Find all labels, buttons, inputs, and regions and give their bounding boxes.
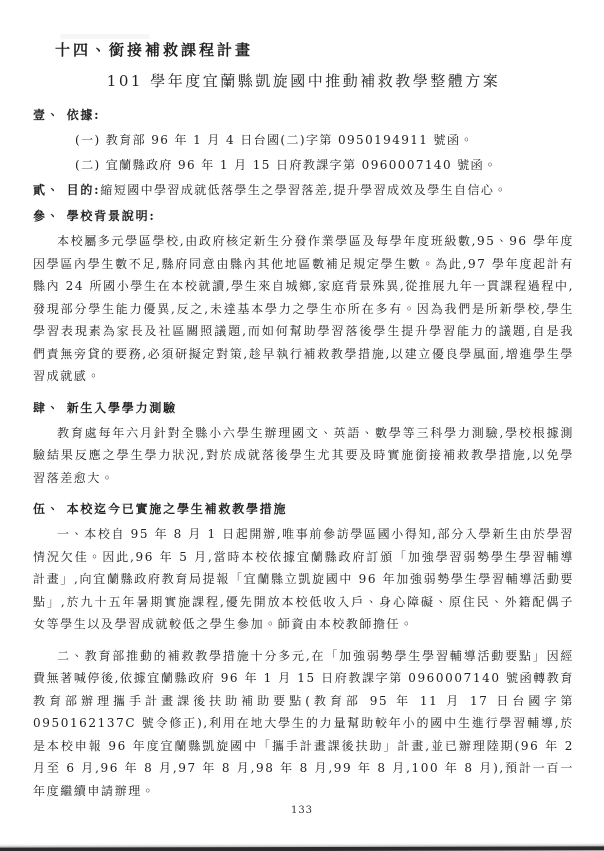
page-title: 101 學年度宜蘭縣凱旋國中推動補救教學整體方案 — [33, 70, 574, 92]
section-heading-purpose: 貳、 目的: — [33, 183, 100, 197]
page-content: 十四、銜接補救課程計畫 101 學年度宜蘭縣凱旋國中推動補救教學整體方案 壹、 … — [33, 40, 574, 811]
section-heading-entrance-test: 肆、 新生入學學力測驗 — [33, 397, 574, 419]
section-purpose: 貳、 目的:縮短國中學習成就低落學生之學習落差,提升學習成效及學生自信心。 — [33, 179, 574, 201]
section-heading-implemented-measures: 伍、 本校迄今已實施之學生補救教學措施 — [33, 498, 574, 520]
scan-artifact-bottom-edge — [0, 846, 604, 851]
legal-reference-item-2: (二) 宜蘭縣政府 96 年 1 月 15 日府教課字第 0960007140 … — [75, 154, 574, 176]
background-paragraph: 本校屬多元學區學校,由政府核定新生分發作業學區及每學年度班級數,95、96 學年… — [33, 230, 574, 388]
measures-paragraph-1: 一、本校自 95 年 8 月 1 日起開辦,唯事前參訪學區國小得知,部分入學新生… — [33, 523, 574, 636]
chapter-title: 十四、銜接補救課程計畫 — [55, 40, 574, 60]
entrance-test-paragraph: 教育處每年六月針對全縣小六學生辦理國文、英語、數學等三科學力測驗,學校根據測驗結… — [33, 422, 574, 490]
purpose-text: 縮短國中學習成就低落學生之學習落差,提升學習成效及學生自信心。 — [100, 183, 507, 197]
page-number: 133 — [0, 805, 604, 816]
section-heading-basis: 壹、 依據: — [33, 104, 574, 126]
scan-artifact-smudge — [60, 34, 150, 39]
measures-paragraph-2: 二、教育部推動的補救教學措施十分多元,在「加強弱勢學生學習輔導活動要點」因經費無… — [33, 645, 574, 803]
section-heading-background: 參、 學校背景說明: — [33, 205, 574, 227]
document-page: 十四、銜接補救課程計畫 101 學年度宜蘭縣凱旋國中推動補救教學整體方案 壹、 … — [0, 0, 604, 851]
legal-reference-item-1: (一) 教育部 96 年 1 月 4 日台國(二)字第 0950194911 號… — [75, 129, 574, 151]
